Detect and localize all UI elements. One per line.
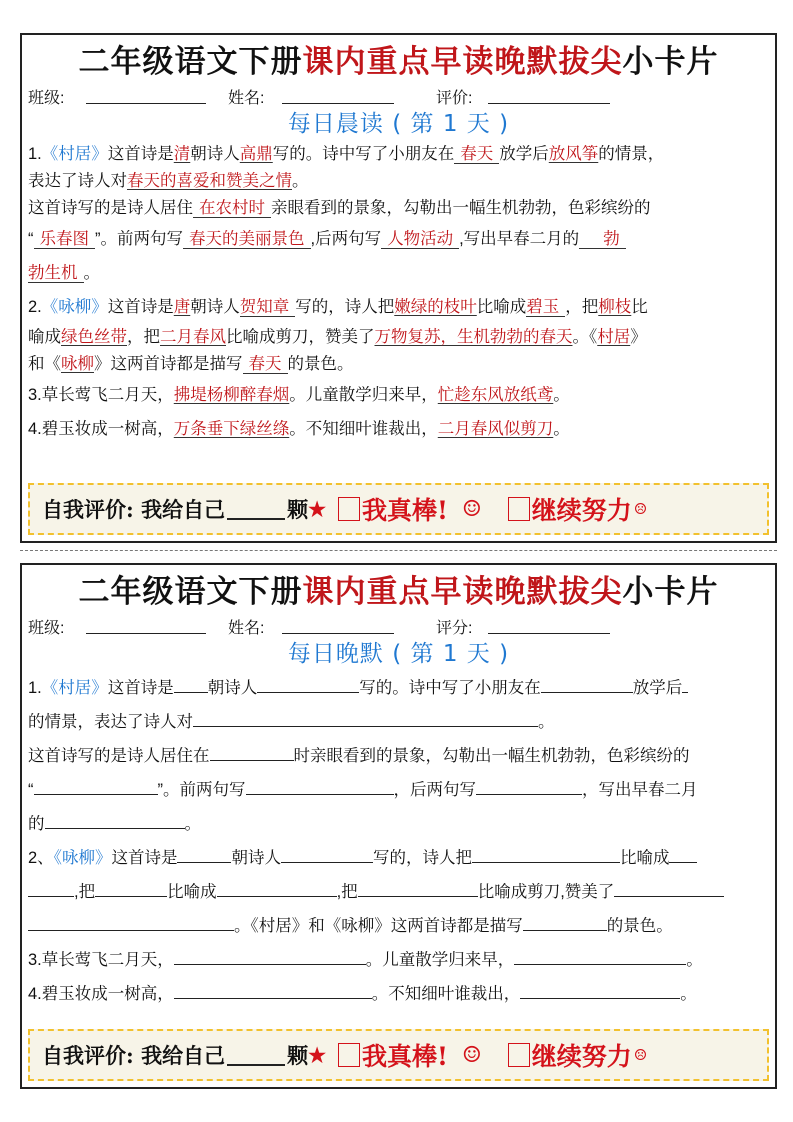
- star-count-field[interactable]: [227, 498, 285, 520]
- q4-line: 4.碧玉妆成一树高，。不知细叶谁裁出，。: [28, 977, 769, 1011]
- text: 喻成: [28, 328, 61, 346]
- option-great-label: 我真棒!: [362, 491, 448, 527]
- unit-label: 颗: [287, 1040, 308, 1070]
- section-subtitle: 每日晚默 ( 第 1 天 ): [22, 637, 775, 671]
- text: 的情景，: [598, 145, 664, 163]
- text: 。: [686, 951, 703, 969]
- blank-season[interactable]: [541, 677, 633, 693]
- score-field[interactable]: [488, 633, 610, 634]
- name-label: 姓名:: [228, 615, 264, 638]
- answer: 勃: [579, 230, 626, 249]
- answer: 碧玉: [526, 298, 565, 317]
- q1-line5: 的。: [28, 807, 769, 841]
- q-num: 3.: [28, 951, 42, 969]
- text: 亲眼看到的景象，勾勒出一幅生机勃勃，色彩缤纷的: [271, 199, 651, 217]
- text: 放学后: [633, 679, 683, 697]
- checkbox-great[interactable]: [338, 1043, 360, 1067]
- checkbox-keep-trying[interactable]: [508, 497, 530, 521]
- answer: 在农村时: [193, 199, 271, 218]
- answer: 春天的美丽景色: [183, 230, 311, 249]
- q1-line4: “”。前两句写，后两句写，写出早春二月: [28, 773, 769, 807]
- text: ，后两句写: [394, 781, 477, 799]
- checkbox-great[interactable]: [338, 497, 360, 521]
- answer: 柳枝: [598, 298, 631, 316]
- text: ,后两句写: [311, 230, 382, 248]
- star-icon: ★: [308, 497, 326, 521]
- text: ，把: [127, 328, 160, 346]
- text: 比喻成: [620, 849, 670, 867]
- answer: 二月春风: [160, 328, 226, 346]
- text: 比: [631, 298, 648, 316]
- text: 写的，诗人把: [295, 298, 394, 316]
- answer: 人物活动: [381, 230, 459, 249]
- self-eval-label: 自我评价: 我给自己: [42, 1040, 225, 1070]
- q1-line2: 表达了诗人对春天的喜爱和赞美之情。: [28, 168, 769, 195]
- q2-line1: 2.《咏柳》这首诗是唐朝诗人贺知章写的，诗人把嫩绿的枝叶比喻成碧玉，把柳枝比: [28, 290, 769, 324]
- evening-dictation-card: 二年级语文下册课内重点早读晚默拔尖小卡片 班级: 姓名: 评分: 每日晚默 ( …: [20, 563, 777, 1089]
- text: 。儿童散学归来早，: [366, 951, 515, 969]
- frown-icon: ☹: [634, 1046, 647, 1064]
- blank-line-2[interactable]: [174, 983, 372, 999]
- text: 。: [84, 264, 101, 282]
- q1-line1: 1.《村居》这首诗是清朝诗人高鼎写的。诗中写了小朋友在春天放学后放风筝的情景，: [28, 141, 769, 168]
- star-icon: ★: [308, 1043, 326, 1067]
- answer: 二月春风似剪刀: [438, 420, 554, 438]
- title-prefix: 二年级语文下册: [79, 574, 303, 610]
- blank-spring[interactable]: [523, 915, 607, 931]
- q1-line4: “乐春图”。前两句写春天的美丽景色,后两句写人物活动,写出早春二月的勃: [28, 222, 769, 256]
- option-great-label: 我真棒!: [362, 1037, 448, 1073]
- q2-line2: ,把比喻成,把比喻成剪刀,赞美了: [28, 875, 769, 909]
- eval-label: 评价:: [436, 85, 472, 108]
- q2-line3: 。《村居》和《咏柳》这两首诗都是描写的景色。: [28, 909, 769, 943]
- text: 这首诗写的是诗人居住: [28, 199, 193, 217]
- title-highlight: 课内重点早读晚默拔尖: [303, 44, 623, 80]
- blank-praise-1[interactable]: [614, 881, 724, 897]
- text: 。: [292, 172, 309, 190]
- text: 。: [680, 985, 697, 1003]
- text: 朝诗人: [190, 145, 240, 163]
- text: 这首诗是: [111, 849, 177, 867]
- blank-line-2[interactable]: [174, 949, 366, 965]
- q-num: 1.: [28, 145, 42, 163]
- text: 和《: [28, 355, 61, 373]
- q-num: 4.: [28, 985, 42, 1003]
- q1-line2: 的情景，表达了诗人对。: [28, 705, 769, 739]
- text: 这首诗是: [108, 298, 174, 316]
- q-num: 4.: [28, 420, 42, 438]
- section-subtitle: 每日晨读 ( 第 1 天 ): [22, 107, 775, 141]
- blank-place[interactable]: [210, 745, 294, 761]
- text: 。不知细叶谁裁出，: [372, 985, 521, 1003]
- student-info-row: 班级: 姓名: 评分:: [28, 613, 775, 637]
- blank-feeling[interactable]: [193, 711, 538, 727]
- text: 朝诗人: [231, 849, 281, 867]
- answer: 春天: [454, 145, 499, 164]
- text: 朝诗人: [190, 298, 240, 316]
- blank-jade-1[interactable]: [669, 847, 697, 863]
- text: 写的。诗中写了小朋友在: [273, 145, 455, 163]
- blank-activity[interactable]: [682, 677, 688, 693]
- q1-line1: 1.《村居》这首诗是朝诗人写的。诗中写了小朋友在放学后: [28, 671, 769, 705]
- eval-field[interactable]: [488, 103, 610, 104]
- answer: 勃生机: [28, 264, 84, 283]
- text: 草长莺飞二月天，: [42, 951, 174, 969]
- class-field[interactable]: [86, 103, 206, 104]
- answer: 唐: [174, 298, 191, 316]
- text: 》这两首诗都是描写: [94, 355, 243, 373]
- self-evaluation-box: 自我评价: 我给自己 颗 ★ 我真棒! ☺ 继续努力 ☹: [28, 483, 769, 535]
- text: 的景色。: [288, 355, 354, 373]
- frown-icon: ☹: [634, 500, 647, 518]
- text: 朝诗人: [208, 679, 258, 697]
- self-evaluation-box: 自我评价: 我给自己 颗 ★ 我真棒! ☺ 继续努力 ☹: [28, 1029, 769, 1081]
- option-keep-trying-label: 继续努力: [532, 1037, 632, 1073]
- q-num: 2.: [28, 298, 42, 316]
- blank-poet[interactable]: [281, 847, 373, 863]
- card-title: 二年级语文下册课内重点早读晚默拔尖小卡片: [22, 41, 775, 83]
- self-eval-label: 自我评价: 我给自己: [42, 494, 225, 524]
- text: 。: [553, 386, 570, 404]
- blank-praise-2[interactable]: [28, 915, 234, 931]
- q2-line1: 2、《咏柳》这首诗是朝诗人写的，诗人把比喻成: [28, 841, 769, 875]
- answer: 拂堤杨柳醉春烟: [174, 386, 290, 404]
- answer: 万条垂下绿丝绦: [174, 420, 290, 438]
- q-num: 2、: [28, 849, 54, 867]
- text: 写的。诗中写了小朋友在: [359, 679, 541, 697]
- text: 比喻成: [477, 298, 527, 316]
- answer: 万物复苏，生机勃勃的春天: [375, 328, 573, 346]
- blank-branches[interactable]: [95, 881, 167, 897]
- blank-first-half[interactable]: [246, 779, 394, 795]
- q2-line2: 喻成绿色丝带，把二月春风比喻成剪刀，赞美了万物复苏，生机勃勃的春天。《村居》: [28, 324, 769, 351]
- evening-content: 1.《村居》这首诗是朝诗人写的。诗中写了小朋友在放学后 的情景，表达了诗人对。 …: [22, 671, 775, 1011]
- title-suffix: 小卡片: [623, 574, 719, 610]
- blank-ribbon[interactable]: [217, 881, 337, 897]
- q4-line: 4.碧玉妆成一树高，万条垂下绿丝绦。不知细叶谁裁出，二月春风似剪刀。: [28, 412, 769, 446]
- text: 的情景，表达了诗人对: [28, 713, 193, 731]
- card-title: 二年级语文下册课内重点早读晚默拔尖小卡片: [22, 571, 775, 613]
- answer: 贺知章: [240, 298, 296, 317]
- q1-line3: 这首诗写的是诗人居住在农村时亲眼看到的景象，勾勒出一幅生机勃勃，色彩缤纷的: [28, 195, 769, 222]
- answer: 绿色丝带: [61, 328, 127, 346]
- text: 表达了诗人对: [28, 172, 127, 190]
- student-info-row: 班级: 姓名: 评价:: [28, 83, 775, 107]
- unit-label: 颗: [287, 494, 308, 524]
- text: 。不知细叶谁裁出，: [289, 420, 438, 438]
- text: ,把: [337, 883, 358, 901]
- q3-line: 3.草长莺飞二月天，。儿童散学归来早，。: [28, 943, 769, 977]
- q1-line5: 勃生机。: [28, 256, 769, 290]
- q-num: 3.: [28, 386, 42, 404]
- answer: 春天: [243, 355, 288, 374]
- name-field[interactable]: [282, 103, 394, 104]
- text: ,把: [74, 883, 95, 901]
- answer: 春天的喜爱和赞美之情: [127, 172, 292, 190]
- text: 比喻成剪刀，赞美了: [226, 328, 375, 346]
- text: 。儿童散学归来早，: [289, 386, 438, 404]
- blank-poet[interactable]: [257, 677, 359, 693]
- blank-line-4[interactable]: [514, 949, 686, 965]
- text: 比喻成剪刀,赞美了: [478, 883, 615, 901]
- blank-picture[interactable]: [34, 779, 158, 795]
- score-label: 评分:: [436, 615, 472, 638]
- text: 碧玉妆成一树高，: [42, 985, 174, 1003]
- morning-reading-card: 二年级语文下册课内重点早读晚默拔尖小卡片 班级: 姓名: 评价: 每日晨读 ( …: [20, 33, 777, 543]
- text: ，把: [565, 298, 598, 316]
- text: 草长莺飞二月天，: [42, 386, 174, 404]
- answer: 村居: [597, 328, 630, 346]
- morning-content: 1.《村居》这首诗是清朝诗人高鼎写的。诗中写了小朋友在春天放学后放风筝的情景， …: [22, 141, 775, 446]
- q1-line3: 这首诗写的是诗人居住在时亲眼看到的景象，勾勒出一幅生机勃勃，色彩缤纷的: [28, 739, 769, 773]
- answer: 忙趁东风放纸鸢: [438, 386, 554, 404]
- text: 的: [28, 815, 45, 833]
- text: 这首诗是: [108, 679, 174, 697]
- text: 比喻成: [167, 883, 217, 901]
- title-prefix: 二年级语文下册: [79, 44, 303, 80]
- text: 放学后: [499, 145, 549, 163]
- q-num: 1.: [28, 679, 42, 697]
- poem-title: 《咏柳》: [54, 849, 112, 867]
- checkbox-keep-trying[interactable]: [508, 1043, 530, 1067]
- poem-title: 《村居》: [42, 679, 108, 697]
- poem-title: 《村居》: [42, 145, 108, 163]
- text: 。: [538, 713, 555, 731]
- blank-leaves[interactable]: [472, 847, 620, 863]
- blank-wind[interactable]: [358, 881, 478, 897]
- name-label: 姓名:: [228, 85, 264, 108]
- answer: 清: [174, 145, 191, 163]
- answer: 放风筝: [549, 145, 599, 163]
- smile-icon: ☺: [462, 1043, 482, 1068]
- text: 写的，诗人把: [373, 849, 472, 867]
- answer: 乐春图: [34, 230, 96, 249]
- cut-line-divider: [20, 550, 777, 551]
- text: 碧玉妆成一树高，: [42, 420, 174, 438]
- text: ,写出早春二月的: [459, 230, 579, 248]
- title-suffix: 小卡片: [623, 44, 719, 80]
- q3-line: 3.草长莺飞二月天，拂堤杨柳醉春烟。儿童散学归来早，忙趁东风放纸鸢。: [28, 378, 769, 412]
- text: ”。前两句写: [158, 781, 246, 799]
- blank-dynasty[interactable]: [177, 847, 231, 863]
- q2-line3: 和《咏柳》这两首诗都是描写春天的景色。: [28, 351, 769, 378]
- text: 。: [185, 815, 202, 833]
- text: “: [28, 230, 34, 248]
- text: 的景色。: [607, 917, 673, 935]
- name-field[interactable]: [282, 633, 394, 634]
- text: 时亲眼看到的景象，勾勒出一幅生机勃勃，色彩缤纷的: [294, 747, 690, 765]
- option-keep-trying-label: 继续努力: [532, 491, 632, 527]
- star-count-field[interactable]: [227, 1044, 285, 1066]
- text: 》: [630, 328, 647, 346]
- blank-jade-2[interactable]: [28, 881, 74, 897]
- text: 。: [553, 420, 570, 438]
- answer: 高鼎: [240, 145, 273, 163]
- text: ，写出早春二月: [582, 781, 698, 799]
- blank-line-4[interactable]: [520, 983, 680, 999]
- blank-dynasty[interactable]: [174, 677, 208, 693]
- class-label: 班级:: [28, 85, 64, 108]
- answer: 嫩绿的枝叶: [394, 298, 477, 316]
- text: 。《: [573, 328, 598, 346]
- blank-vitality[interactable]: [45, 813, 185, 829]
- text: ”。前两句写: [95, 230, 183, 248]
- text: 这首诗写的是诗人居住在: [28, 747, 210, 765]
- blank-second-half[interactable]: [476, 779, 582, 795]
- answer: 咏柳: [61, 355, 94, 373]
- title-highlight: 课内重点早读晚默拔尖: [303, 574, 623, 610]
- poem-title: 《咏柳》: [42, 298, 108, 316]
- class-field[interactable]: [86, 633, 206, 634]
- smile-icon: ☺: [462, 497, 482, 522]
- text: 。《村居》和《咏柳》这两首诗都是描写: [234, 917, 523, 935]
- text: 这首诗是: [108, 145, 174, 163]
- class-label: 班级:: [28, 615, 64, 638]
